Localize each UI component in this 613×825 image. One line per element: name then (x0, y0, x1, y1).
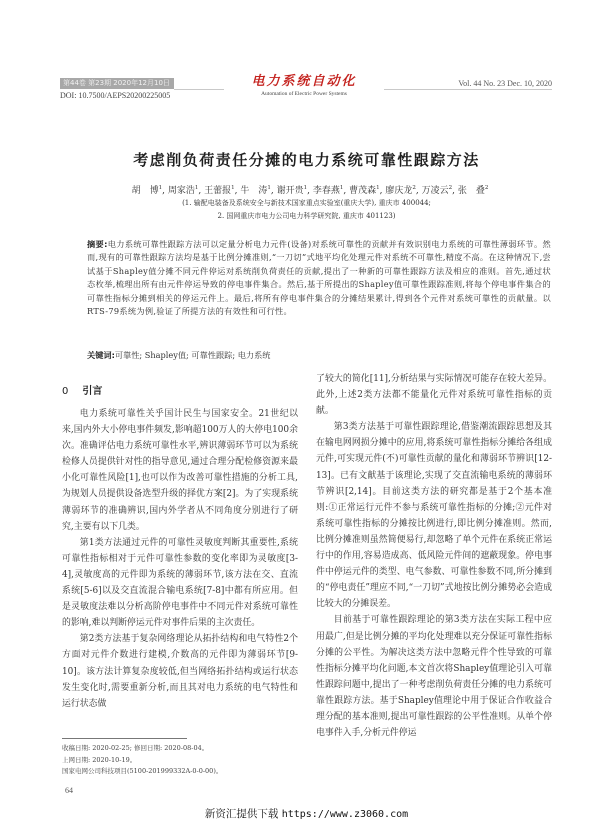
affil-mark: 2 (449, 185, 453, 191)
author: 周家浩 (168, 186, 195, 196)
body-column-right: 了较大的简化[11],分析结果与实际情况可能存在较大差异。此外,上述2类方法都不… (316, 371, 552, 741)
issue-tag: 第44卷 第23期 2020年12月10日 (60, 78, 174, 89)
journal-logo: 电力系统自动化 Automation of Electric Power Sys… (224, 74, 384, 98)
watermark-text: 新资汇提供下载 (205, 808, 279, 820)
journal-name-cn: 电力系统自动化 (224, 74, 384, 90)
affil-mark: 1 (231, 185, 235, 191)
abstract-text: 电力系统可靠性跟踪方法可以定量分析电力元件(设备)对系统可靠性的贡献并有效识别电… (87, 239, 551, 316)
footnote-online-date: 上网日期: 2020-10-19。 (62, 755, 222, 767)
body-column-left: 0引言 电力系统可靠性关乎国计民生与国家安全。21世纪以来,国内外大小停电事件频… (62, 384, 298, 712)
affil-mark: 2 (412, 185, 416, 191)
affil-mark: 1 (267, 185, 271, 191)
abstract-label: 摘要: (87, 239, 108, 249)
affiliation-1: (1. 输配电装备及系统安全与新技术国家重点实验室(重庆大学), 重庆市 400… (0, 198, 613, 208)
footnote-divider (62, 738, 187, 739)
paragraph: 了较大的简化[11],分析结果与实际情况可能存在较大差异。此外,上述2类方法都不… (316, 371, 552, 419)
doi: DOI: 10.7500/AEPS20200225005 (60, 91, 170, 100)
affiliation-2: 2. 国网重庆市电力公司电力科学研究院, 重庆市 401123) (0, 211, 613, 221)
paragraph: 目前基于可靠性跟踪理论的第3类方法在实际工程中应用最广,但是比例分摊的平均化处理… (316, 612, 552, 741)
affil-mark: 1 (376, 185, 380, 191)
journal-name-en: Automation of Electric Power Systems (224, 90, 384, 98)
volume-info: Vol. 44 No. 23 Dec. 10, 2020 (454, 79, 552, 88)
author: 曹茂森 (349, 186, 376, 196)
section-title: 引言 (82, 386, 102, 397)
author-list: 胡 博1, 周家浩1, 王蕾报1, 牛 涛1, 谢开贵1, 李春燕1, 曹茂森1… (85, 183, 535, 196)
journal-header: 第44卷 第23期 2020年12月10日 DOI: 10.7500/AEPS2… (60, 78, 552, 108)
footnote-received-date: 收稿日期: 2020-02-25; 修回日期: 2020-08-04。 (62, 743, 222, 755)
affil-mark: 1 (159, 185, 163, 191)
paragraph: 第3类方法基于可靠性跟踪理论,借鉴潮流跟踪思想及其在输电网网损分摊中的应用,将系… (316, 419, 552, 612)
affil-mark: 2 (485, 185, 489, 191)
keywords-text: 可靠性; Shapley值; 可靠性跟踪; 电力系统 (115, 350, 271, 360)
keywords-label: 关键词: (87, 350, 115, 360)
author: 廖庆龙 (385, 186, 412, 196)
section-heading: 0引言 (62, 384, 298, 400)
author: 王蕾报 (204, 186, 231, 196)
paper-title: 考虑削负荷责任分摊的电力系统可靠性跟踪方法 (0, 149, 613, 170)
author: 李春燕 (313, 186, 340, 196)
author: 牛 涛 (240, 186, 267, 196)
paragraph: 电力系统可靠性关乎国计民生与国家安全。21世纪以来,国内外大小停电事件频发,影响… (62, 406, 298, 535)
section-number: 0 (62, 386, 68, 397)
affil-mark: 1 (340, 185, 344, 191)
paragraph: 第1类方法通过元件的可靠性灵敏度判断其重要性,系统可靠性指标相对于元件可靠性参数… (62, 535, 298, 632)
author: 谢开贵 (277, 186, 304, 196)
author: 胡 博 (132, 186, 159, 196)
affil-mark: 1 (195, 185, 199, 191)
footnote-funding: 国家电网公司科技项目(5100-201999332A-0-0-00)。 (62, 766, 222, 778)
author: 张 叠 (458, 186, 485, 196)
footnotes: 收稿日期: 2020-02-25; 修回日期: 2020-08-04。 上网日期… (62, 743, 222, 778)
watermark: 新资汇提供下载 https://www.z3060.com (0, 806, 613, 821)
author: 万凌云 (422, 186, 449, 196)
affil-mark: 1 (304, 185, 308, 191)
abstract: 摘要:电力系统可靠性跟踪方法可以定量分析电力元件(设备)对系统可靠性的贡献并有效… (87, 238, 551, 318)
keywords: 关键词:可靠性; Shapley值; 可靠性跟踪; 电力系统 (87, 350, 551, 361)
paragraph: 第2类方法基于复杂网络理论从拓扑结构和电气特性2个方面对元件介数进行建模,介数高… (62, 631, 298, 711)
watermark-url[interactable]: https://www.z3060.com (282, 809, 408, 820)
page-number: 64 (65, 786, 73, 795)
